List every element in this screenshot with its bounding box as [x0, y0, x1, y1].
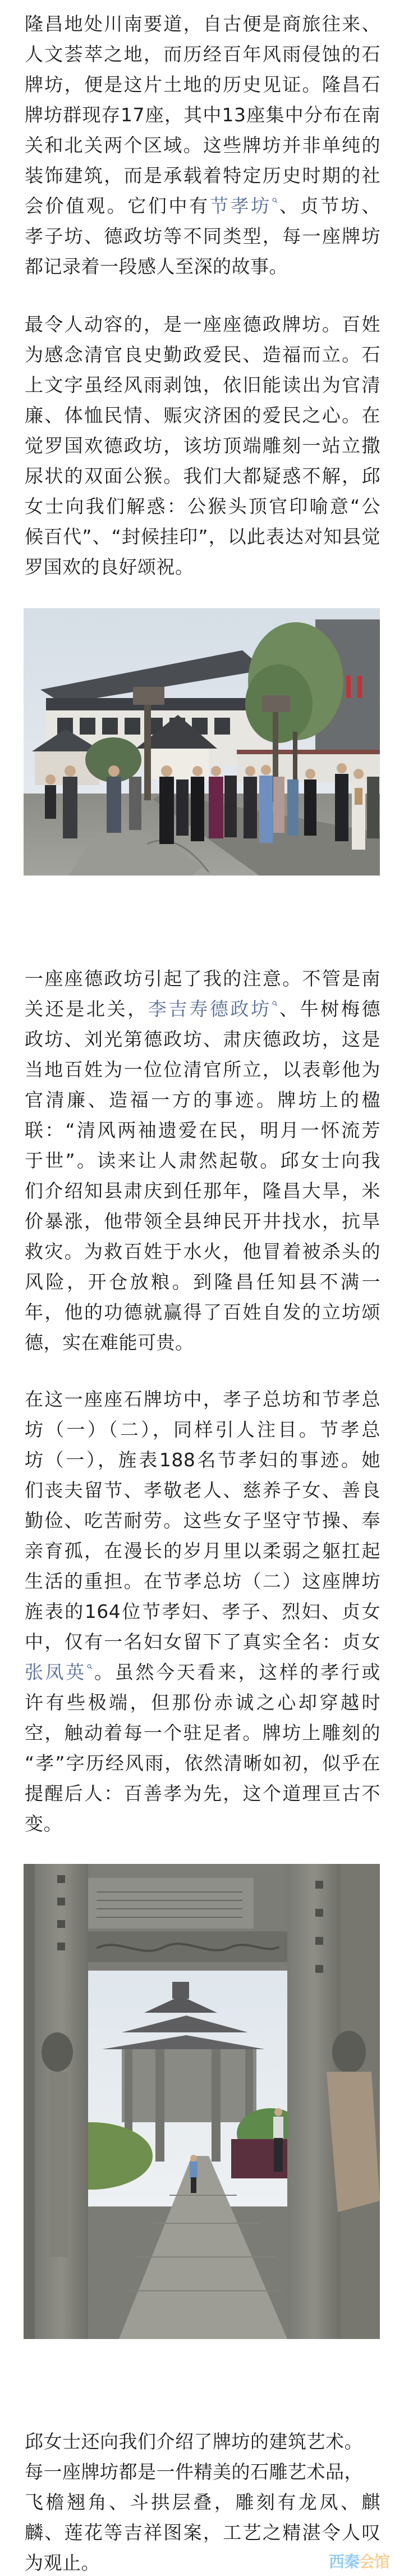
text-segment: 候百代”、“封候挂印”，以此表达对知县觉 — [25, 526, 380, 548]
text-line: 联：“清风两袖遗爱在民，明月一怀流芳 — [25, 1115, 380, 1146]
text-segment: 。虽然今天看来，这样的孝行或 — [93, 1661, 380, 1683]
watermark-logo: 西秦会馆 — [329, 2553, 389, 2571]
text-line: 坊（一），旌表188名节孝妇的事迹。她 — [25, 1445, 380, 1475]
text-segment: 旌表的164位节孝妇、孝子、烈妇、贞女 — [25, 1601, 380, 1622]
search-icon[interactable] — [87, 1664, 93, 1670]
tour-group-illustration — [24, 608, 380, 876]
text-line: 邱女士还向我们介绍了牌坊的建筑艺术。 — [25, 2427, 380, 2457]
text-line: 风险，开仓放粮。到隆昌任知县不满一 — [25, 1267, 380, 1297]
text-line: 觉罗国欢德政坊，该坊顶端雕刻一站立撒 — [25, 431, 380, 461]
text-line: 候百代”、“封候挂印”，以此表达对知县觉 — [25, 522, 380, 552]
text-line: 每一座牌坊都是一件精美的石雕艺术品， — [25, 2457, 380, 2487]
text-line: 上文字虽经风雨剥蚀，依旧能读出为官清 — [25, 370, 380, 400]
link-jiexiaofang[interactable]: 节孝坊 — [210, 195, 278, 217]
text-line: 为感念清官良史勤政爱民、造福而立。石 — [25, 340, 380, 370]
text-segment: 牌坊群现存17座，其中13座集中分布在南 — [25, 104, 380, 126]
text-line: 会价值观。它们中有节孝坊、贞节坊、 — [25, 191, 380, 221]
text-segment: 官清廉、造福一方的事迹。牌坊上的楹 — [25, 1089, 380, 1111]
text-segment: 最令人动容的，是一座座德政牌坊。百姓 — [25, 313, 380, 335]
text-line: 空，触动着每一个驻足者。牌坊上雕刻的 — [25, 1718, 380, 1748]
text-line: 于世”。读来让人肃然起敬。邱女士向我 — [25, 1146, 380, 1176]
text-segment: 政坊、刘光第德政坊、肃庆德政坊，这是 — [25, 1028, 380, 1050]
text-line: 变。 — [25, 1809, 380, 1839]
text-segment: 装饰建筑，而是承载着特定历史时期的社 — [25, 165, 380, 186]
text-line: 关和北关两个区域。这些牌坊并非单纯的 — [25, 130, 380, 161]
text-line: 为观止。 — [25, 2548, 380, 2576]
text-line: 飞檐翘角、斗拱层叠，雕刻有龙凤、麒 — [25, 2487, 380, 2518]
text-line: 隆昌地处川南要道，自古便是商旅往来、 — [25, 9, 380, 39]
search-icon[interactable] — [272, 198, 278, 203]
text-segment: 风险，开仓放粮。到隆昌任知县不满一 — [25, 1271, 380, 1293]
link-text[interactable]: 节孝坊 — [210, 195, 272, 217]
text-segment: 生活的重担。在节孝总坊（二）这座牌坊 — [25, 1570, 380, 1592]
text-segment: 、牛树梅德 — [278, 998, 380, 1020]
text-line: 勤俭、吃苦耐劳。这些女子坚守节操、奉 — [25, 1506, 380, 1536]
text-segment: “孝”字历经风雨，依然清晰如初，似乎在 — [25, 1752, 380, 1774]
link-text[interactable]: 李吉寿德政坊 — [148, 998, 272, 1020]
watermark-part-orange: 会馆 — [359, 2552, 389, 2571]
text-segment: 坊（一）（二），同样引人注目。节孝总 — [25, 1419, 380, 1440]
text-segment: 廉、体恤民情、赈灾济困的爱民之心。在 — [25, 404, 380, 426]
text-segment: 空，触动着每一个驻足者。牌坊上雕刻的 — [25, 1722, 380, 1744]
text-line: 麟、莲花等吉祥图案，工艺之精湛令人叹 — [25, 2518, 380, 2548]
text-segment: 邱女士还向我们介绍了牌坊的建筑艺术。 — [25, 2431, 363, 2452]
text-line: 政坊、刘光第德政坊、肃庆德政坊，这是 — [25, 1024, 380, 1055]
text-segment: 救灾。为救百姓于水火，他冒着被杀头的 — [25, 1241, 380, 1262]
text-line: 关还是北关，李吉寿德政坊、牛树梅德 — [25, 994, 380, 1024]
text-line: 女士向我们解惑：公猴头顶官印喻意“公 — [25, 491, 380, 522]
text-segment: 年，他的功德就赢得了百姓自发的立坊颂 — [25, 1301, 380, 1323]
text-line: 亲育孤，在漫长的岁月里以柔弱之躯扛起 — [25, 1536, 380, 1566]
text-segment: 牌坊，便是这片土地的历史见证。隆昌石 — [25, 74, 380, 95]
text-line: 救灾。为救百姓于水火，他冒着被杀头的 — [25, 1237, 380, 1267]
text-segment: 为感念清官良史勤政爱民、造福而立。石 — [25, 344, 380, 366]
text-segment: 变。 — [25, 1813, 62, 1835]
text-segment: 尿状的双面公猴。我们大都疑惑不解，邱 — [25, 465, 380, 487]
text-line: 一座座德政坊引起了我的注意。不管是南 — [25, 964, 380, 994]
text-line: 坊（一）（二），同样引人注目。节孝总 — [25, 1415, 380, 1445]
text-segment: 罗国欢的良好颂祝。 — [25, 556, 194, 578]
text-segment: 每一座牌坊都是一件精美的石雕艺术品， — [25, 2461, 363, 2483]
text-segment: 女士向我们解惑：公猴头顶官印喻意“公 — [25, 495, 380, 517]
text-segment: 关和北关两个区域。这些牌坊并非单纯的 — [25, 134, 380, 156]
tour-group-photo[interactable] — [24, 608, 380, 876]
text-line: 旌表的164位节孝妇、孝子、烈妇、贞女 — [25, 1597, 380, 1627]
text-segment: 麟、莲花等吉祥图案，工艺之精湛令人叹 — [25, 2522, 380, 2543]
text-segment: 在这一座座石牌坊中，孝子总坊和节孝总 — [25, 1388, 380, 1410]
watermark-part-blue: 西秦 — [329, 2552, 359, 2571]
text-line: 许有些极端，但那份赤诚之心却穿越时 — [25, 1688, 380, 1718]
text-segment: 价暴涨，他带领全县绅民开井找水，抗旱 — [25, 1210, 380, 1232]
text-segment: 中，仅有一名妇女留下了真实全名：贞女 — [25, 1631, 380, 1653]
text-line: 们丧夫留节、孝敬老人、慈养子女、善良 — [25, 1475, 380, 1506]
link-lijishou-dezhengfang[interactable]: 李吉寿德政坊 — [148, 998, 278, 1020]
text-segment: 坊（一），旌表188名节孝妇的事迹。她 — [25, 1449, 380, 1471]
text-line: 提醒后人：百善孝为先，这个道理亘古不 — [25, 1779, 380, 1809]
text-line: “孝”字历经风雨，依然清晰如初，似乎在 — [25, 1748, 380, 1779]
text-segment: 一座座德政坊引起了我的注意。不管是南 — [25, 968, 380, 990]
text-line: 官清廉、造福一方的事迹。牌坊上的楹 — [25, 1085, 380, 1115]
text-segment: 飞檐翘角、斗拱层叠，雕刻有龙凤、麒 — [25, 2491, 380, 2513]
text-line: 装饰建筑，而是承载着特定历史时期的社 — [25, 161, 380, 191]
text-segment: 亲育孤，在漫长的岁月里以柔弱之躯扛起 — [25, 1540, 380, 1562]
text-segment: 许有些极端，但那份赤诚之心却穿越时 — [25, 1692, 380, 1713]
link-zhangfengying[interactable]: 张凤英 — [25, 1661, 93, 1683]
text-line: 廉、体恤民情、赈灾济困的爱民之心。在 — [25, 400, 380, 431]
text-line: 价暴涨，他带领全县绅民开井找水，抗旱 — [25, 1206, 380, 1237]
text-segment: 上文字虽经风雨剥蚀，依旧能读出为官清 — [25, 374, 380, 396]
text-segment: 觉罗国欢德政坊，该坊顶端雕刻一站立撒 — [25, 435, 380, 457]
text-segment: 隆昌地处川南要道，自古便是商旅往来、 — [25, 13, 380, 35]
text-line: 年，他的功德就赢得了百姓自发的立坊颂 — [25, 1297, 380, 1328]
text-line: 尿状的双面公猴。我们大都疑惑不解，邱 — [25, 461, 380, 491]
text-segment: 们丧夫留节、孝敬老人、慈养子女、善良 — [25, 1479, 380, 1501]
text-segment: 们介绍知县肃庆到任那年，隆昌大旱，米 — [25, 1180, 380, 1202]
text-line: 中，仅有一名妇女留下了真实全名：贞女 — [25, 1627, 380, 1657]
text-line: 当地百姓为一位位清官所立，以表彰他为 — [25, 1055, 380, 1085]
archway-illustration — [24, 1864, 380, 2339]
text-segment: 于世”。读来让人肃然起敬。邱女士向我 — [25, 1150, 380, 1171]
link-text[interactable]: 张凤英 — [25, 1661, 86, 1683]
text-segment: 提醒后人：百善孝为先，这个道理亘古不 — [25, 1782, 380, 1804]
text-segment: 当地百姓为一位位清官所立，以表彰他为 — [25, 1059, 380, 1080]
text-segment: 勤俭、吃苦耐劳。这些女子坚守节操、奉 — [25, 1510, 380, 1531]
text-segment: 为观止。 — [25, 2552, 100, 2574]
search-icon[interactable] — [272, 1001, 278, 1006]
text-segment: 德，实在难能可贵。 — [25, 1332, 194, 1353]
text-segment: 、贞节坊、 — [278, 195, 380, 217]
text-line: 都记录着一段感人至深的故事。 — [25, 252, 380, 282]
text-line: 孝子坊、德政坊等不同类型，每一座牌坊 — [25, 221, 380, 252]
text-segment: 人文荟萃之地，而历经百年风雨侵蚀的石 — [25, 43, 380, 65]
text-line: 们介绍知县肃庆到任那年，隆昌大旱，米 — [25, 1176, 380, 1206]
text-line: 德，实在难能可贵。 — [25, 1328, 380, 1358]
text-segment: 关还是北关， — [25, 998, 148, 1020]
text-line: 在这一座座石牌坊中，孝子总坊和节孝总 — [25, 1384, 380, 1415]
text-line: 罗国欢的良好颂祝。 — [25, 552, 380, 582]
article: 隆昌地处川南要道，自古便是商旅往来、 人文荟萃之地，而历经百年风雨侵蚀的石 牌坊… — [0, 0, 404, 2576]
archway-photo[interactable] — [24, 1864, 380, 2339]
text-line: 生活的重担。在节孝总坊（二）这座牌坊 — [25, 1566, 380, 1597]
text-line: 牌坊，便是这片土地的历史见证。隆昌石 — [25, 70, 380, 100]
text-segment: 联：“清风两袖遗爱在民，明月一怀流芳 — [25, 1119, 380, 1141]
text-line: 最令人动容的，是一座座德政牌坊。百姓 — [25, 309, 380, 340]
text-line: 人文荟萃之地，而历经百年风雨侵蚀的石 — [25, 39, 380, 70]
text-segment: 都记录着一段感人至深的故事。 — [25, 256, 288, 277]
text-segment: 孝子坊、德政坊等不同类型，每一座牌坊 — [25, 225, 380, 247]
text-line: 张凤英。虽然今天看来，这样的孝行或 — [25, 1657, 380, 1688]
text-line: 牌坊群现存17座，其中13座集中分布在南 — [25, 100, 380, 130]
text-segment: 会价值观。它们中有 — [25, 195, 210, 217]
